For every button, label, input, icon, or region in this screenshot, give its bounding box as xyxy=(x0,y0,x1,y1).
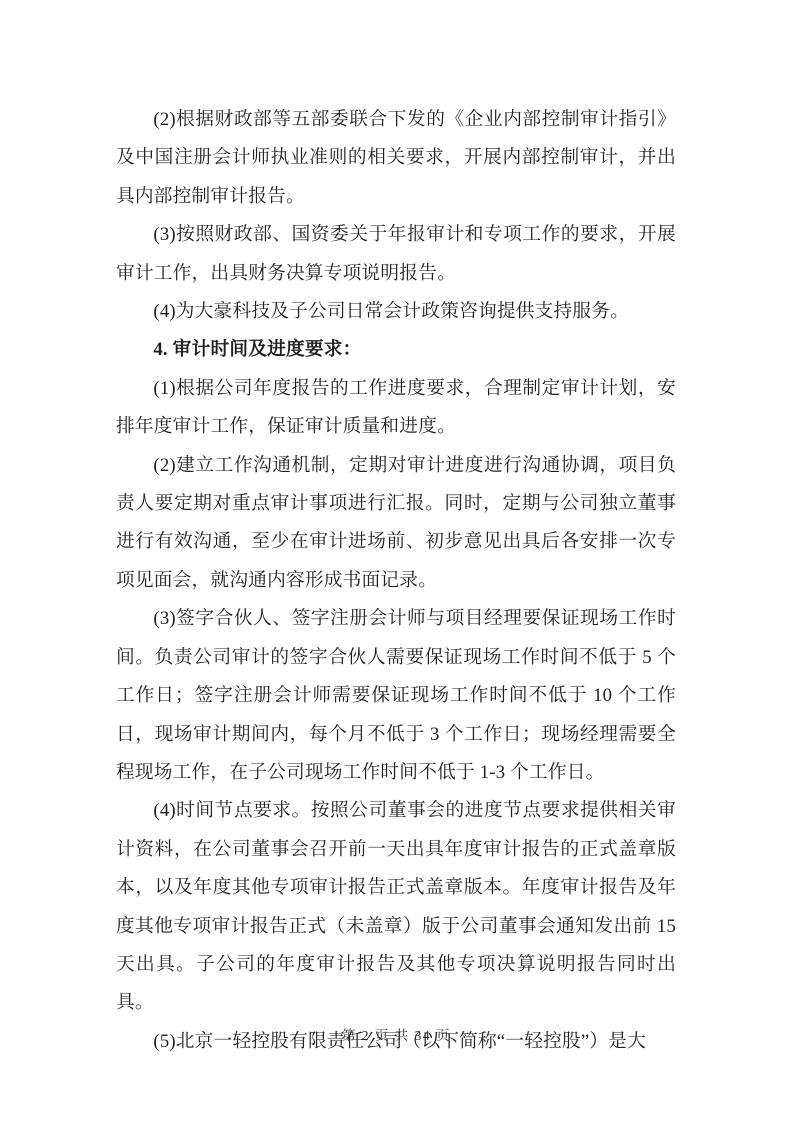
paragraph: (3)按照财政部、国资委关于年报审计和专项工作的要求，开展审计工作，出具财务决算… xyxy=(116,216,676,293)
paragraph: (2)建立工作沟通机制，定期对审计进度进行沟通协调，项目负责人要定期对重点审计事… xyxy=(116,447,676,601)
document-page: (2)根据财政部等五部委联合下发的《企业内部控制审计指引》及中国注册会计师执业准… xyxy=(0,0,793,1123)
paragraph: (3)签字合伙人、签字注册会计师与项目经理要保证现场工作时间。负责公司审计的签字… xyxy=(116,600,676,792)
paragraph: (4)时间节点要求。按照公司董事会的进度节点要求提供相关审计资料，在公司董事会召… xyxy=(116,792,676,1022)
paragraph: (2)根据财政部等五部委联合下发的《企业内部控制审计指引》及中国注册会计师执业准… xyxy=(116,101,676,216)
section-heading: 4. 审计时间及进度要求： xyxy=(116,331,676,369)
document-body: (2)根据财政部等五部委联合下发的《企业内部控制审计指引》及中国注册会计师执业准… xyxy=(116,101,676,1061)
paragraph: (1)根据公司年度报告的工作进度要求，合理制定审计计划，安排年度审计工作，保证审… xyxy=(116,370,676,447)
page-number: 第 2 页 共 34 页 xyxy=(0,1024,793,1044)
paragraph: (4)为大豪科技及子公司日常会计政策咨询提供支持服务。 xyxy=(116,293,676,331)
